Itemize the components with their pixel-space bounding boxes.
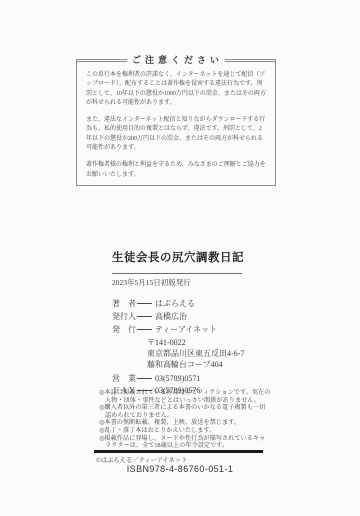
colophon-row-publisher-person: 発行人 高橋広治 — [112, 310, 244, 323]
colophon-page: ご注意ください この単行本を権利者の許諾なく、インターネットを通じて配信（アップ… — [0, 0, 360, 516]
fine-print-notes: ◎本誌に掲載されている作品は全てフィクションです。実在の人物・団体・事件などとは… — [99, 389, 271, 450]
row-value: 高橋広治 — [155, 311, 187, 322]
note-item: ◎本誌に掲載されている作品は全てフィクションです。実在の人物・団体・事件などとは… — [99, 389, 271, 404]
header-rule-left — [76, 59, 127, 62]
bottom-rule — [94, 450, 263, 453]
row-value: 03(5789)0571 — [155, 374, 200, 383]
note-item: ◎乱丁・落丁本はおとりかえいたします。 — [99, 427, 271, 435]
copyright-notice-box: ご注意ください この単行本を権利者の許諾なく、インターネットを通じて配信（アップ… — [76, 60, 276, 186]
label-dash — [137, 316, 152, 317]
notice-body: この単行本を権利者の許諾なく、インターネットを通じて配信（アップロード）、配布す… — [77, 60, 275, 180]
notice-header: ご注意ください — [76, 55, 276, 65]
address-line: 藤和高輪台コープ404 — [147, 359, 244, 370]
label-dash — [137, 329, 152, 330]
notice-paragraph: 著作権者様の権利と利益を守るため、みなさまのご理解とご協力をお願いいたします。 — [86, 161, 266, 180]
label-dash — [137, 378, 152, 379]
notice-title: ご注意ください — [127, 55, 225, 65]
row-label: 営 業 — [112, 373, 137, 384]
row-label: 発 行 — [112, 324, 137, 335]
colophon-row-author: 著 者 はぶらえる — [112, 297, 244, 310]
row-value: はぶらえる — [155, 298, 195, 309]
colophon-block: 著 者 はぶらえる 発行人 高橋広治 発 行 ティーアイネット 〒141-002… — [112, 297, 244, 396]
copyright-line: ©はぶらえる／ティーアイネット — [96, 455, 188, 464]
header-rule-right — [225, 59, 276, 62]
colophon-row-sales-phone: 営 業 03(5789)0571 — [112, 372, 244, 384]
label-dash — [137, 303, 152, 304]
isbn-number: ISBN978-4-86760-051-1 — [0, 464, 360, 474]
title-underline — [112, 273, 242, 274]
publisher-address: 〒141-0022 東京都品川区東五反田4-6-7 藤和高輪台コープ404 — [112, 337, 244, 370]
notice-paragraph: この単行本を権利者の許諾なく、インターネットを通じて配信（アップロード）、配布す… — [86, 71, 266, 108]
colophon-row-publisher: 発 行 ティーアイネット — [112, 323, 244, 336]
book-title: 生徒会長の尻穴調教日記 — [112, 251, 244, 266]
address-line: 〒141-0022 — [147, 337, 244, 348]
note-item: ◎購入者以外の第三者による本書のいかなる電子複製も一切認められておりません。 — [99, 404, 271, 419]
note-item: ◎本書の無断転載、複製、上映、放送を禁じます。 — [99, 419, 271, 427]
row-label: 発行人 — [112, 311, 137, 322]
row-label: 著 者 — [112, 298, 137, 309]
row-value: ティーアイネット — [155, 324, 217, 335]
note-item: ◎掲載作品に登場し、ヌードや性行為が描写されているキャラクターは、全て18歳以上… — [99, 435, 271, 450]
edition-date: 2023年5月15日初版発行 — [112, 277, 191, 288]
address-line: 東京都品川区東五反田4-6-7 — [147, 348, 244, 359]
notice-paragraph: また、違法なインターネット配信と知りながらダウンロードする行為も、私的使用目的の… — [86, 116, 266, 153]
